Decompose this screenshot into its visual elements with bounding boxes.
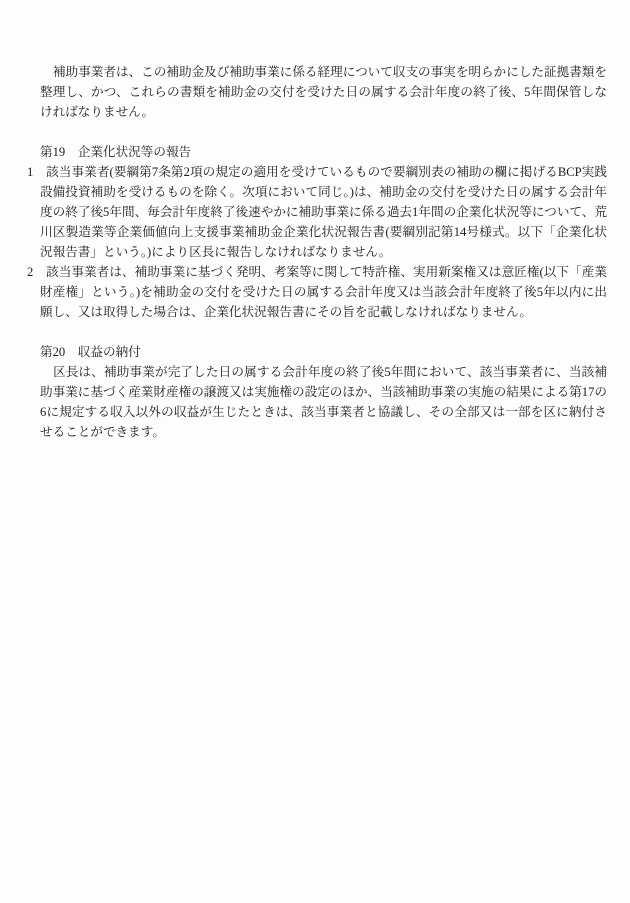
intro-paragraph: 補助事業者は、この補助金及び補助事業に係る経理について収支の事実を明らかにした証…	[40, 62, 607, 122]
item-2-text: 該当事業者は、補助事業に基づく発明、考案等に関して特許権、実用新案権又は意匠権(…	[40, 265, 607, 319]
section-20: 第20 収益の納付 区長は、補助事業が完了した日の属する会計年度の終了後5年間に…	[40, 342, 607, 442]
item-1-text: 該当事業者(要綱第7条第2項の規定の適用を受けているもので要綱別表の補助の欄に掲…	[40, 165, 607, 259]
section-20-paragraph: 区長は、補助事業が完了した日の属する会計年度の終了後5年間において、該当事業者に…	[40, 362, 607, 442]
section-19-item-1: 1該当事業者(要綱第7条第2項の規定の適用を受けているもので要綱別表の補助の欄に…	[40, 162, 607, 262]
section-19: 第19 企業化状況等の報告 1該当事業者(要綱第7条第2項の規定の適用を受けてい…	[40, 142, 607, 322]
document-page: 補助事業者は、この補助金及び補助事業に係る経理について収支の事実を明らかにした証…	[0, 0, 630, 903]
section-19-heading: 第19 企業化状況等の報告	[40, 142, 607, 162]
section-20-heading: 第20 収益の納付	[40, 342, 607, 362]
item-2-number: 2	[27, 262, 46, 282]
section-19-item-2: 2該当事業者は、補助事業に基づく発明、考案等に関して特許権、実用新案権又は意匠権…	[40, 262, 607, 322]
item-1-number: 1	[27, 162, 46, 182]
